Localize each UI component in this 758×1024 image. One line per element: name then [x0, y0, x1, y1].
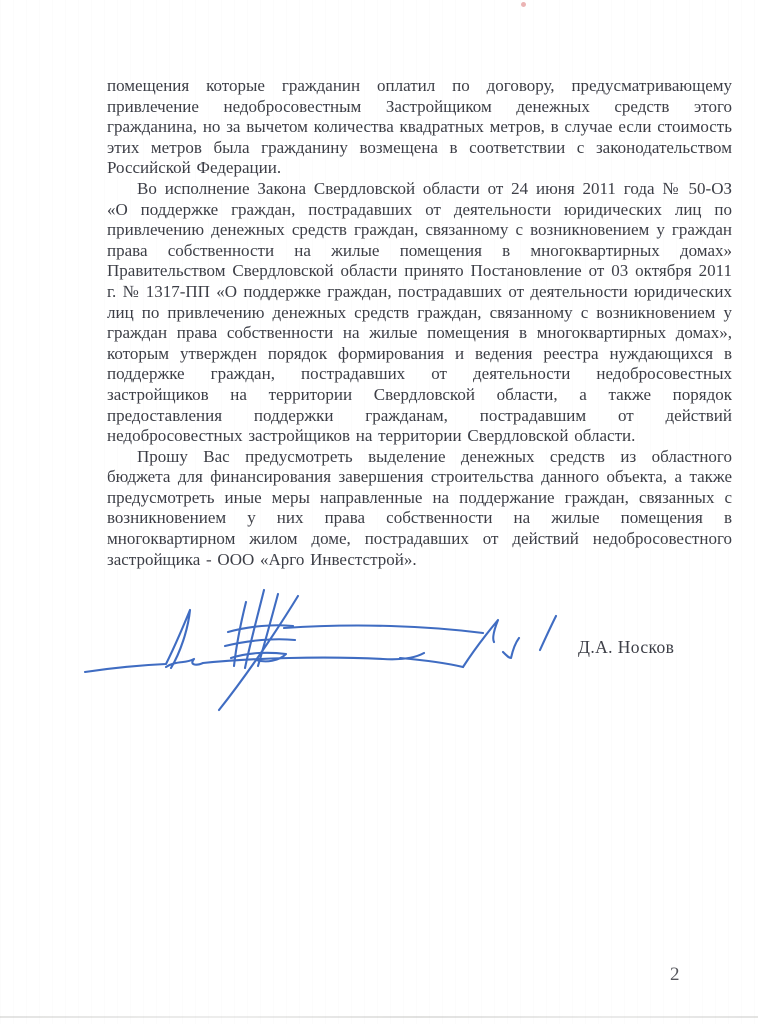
letter-body: помещения которые гражданин оплатил по д… — [107, 76, 732, 570]
signer-name: Д.А. Носков — [578, 637, 674, 658]
document-page: помещения которые гражданин оплатил по д… — [0, 0, 758, 1024]
paragraph-law-reference: Во исполнение Закона Свердловской област… — [107, 179, 732, 447]
page-number: 2 — [670, 964, 680, 986]
scan-edge-line — [0, 1016, 758, 1018]
handwritten-signature-scribble — [78, 586, 568, 726]
scan-artifact-dot — [521, 2, 526, 7]
paragraph-continuation: помещения которые гражданин оплатил по д… — [107, 76, 732, 179]
paragraph-request: Прошу Вас предусмотреть выделение денежн… — [107, 447, 732, 571]
